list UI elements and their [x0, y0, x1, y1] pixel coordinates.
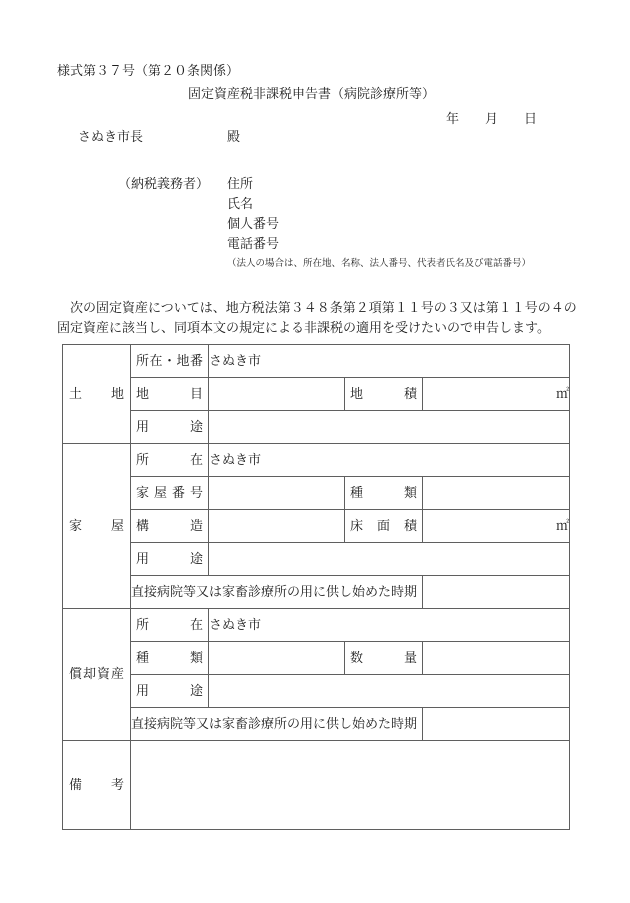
depreciable-section-label-cell: 償却資産 [63, 609, 131, 741]
land-category-label: 地目 [131, 388, 208, 401]
land-location-label: 所在・地番 [131, 355, 208, 368]
building-kind-value-cell [423, 477, 570, 510]
land-location-value-cell: さぬき市 [209, 345, 570, 378]
building-location-value-cell: さぬき市 [209, 444, 570, 477]
addressee: さぬき市長 [78, 130, 143, 145]
building-location-label-cell: 所在 [131, 444, 209, 477]
land-use-label-cell: 用途 [131, 411, 209, 444]
taxpayer-field-phone: 電話番号 [227, 238, 279, 258]
document-page: 様式第３７号（第２０条関係） 固定資産税非課税申告書（病院診療所等） 年 月 日… [0, 0, 630, 903]
depreciable-section-label: 償却資産 [63, 668, 130, 681]
building-use-value-cell [209, 543, 570, 576]
building-start-period-value-cell [423, 576, 570, 609]
building-section-label: 家屋 [63, 520, 130, 533]
land-row-category-area: 地目 地積 ㎡ [63, 378, 570, 411]
land-section-label-cell: 土地 [63, 345, 131, 444]
building-floor-area-label: 床面積 [345, 520, 422, 533]
building-floor-area-label-cell: 床面積 [345, 510, 423, 543]
land-location-label-cell: 所在・地番 [131, 345, 209, 378]
land-use-value-cell [209, 411, 570, 444]
building-row-structure-floorarea: 構造 床面積 ㎡ [63, 510, 570, 543]
depreciable-quantity-value-cell [423, 642, 570, 675]
remarks-section-label-cell: 備考 [63, 741, 131, 830]
land-use-label: 用途 [131, 421, 208, 434]
remarks-value-cell [131, 741, 570, 830]
building-location-label: 所在 [131, 454, 208, 467]
taxpayer-label: （納税義務者） [118, 178, 209, 191]
depreciable-use-label: 用途 [131, 685, 208, 698]
depreciable-start-period-value-cell [423, 708, 570, 741]
depreciable-location-label-cell: 所在 [131, 609, 209, 642]
land-area-value-cell: ㎡ [423, 378, 570, 411]
depreciable-kind-label-cell: 種類 [131, 642, 209, 675]
building-number-label-cell: 家屋番号 [131, 477, 209, 510]
declaration-line-2: 固定資産に該当し、同項本文の規定による非課税の適用を受けたいので申告します。 [57, 322, 577, 342]
depreciable-use-label-cell: 用途 [131, 675, 209, 708]
building-kind-label: 種類 [345, 487, 422, 500]
building-use-label-cell: 用途 [131, 543, 209, 576]
taxpayer-field-name: 氏名 [227, 198, 279, 218]
land-row-use: 用途 [63, 411, 570, 444]
declaration-line-1: 次の固定資産については、地方税法第３４８条第２項第１１号の３又は第１１号の４の [57, 302, 577, 322]
depreciable-row-start-period: 直接病院等又は家畜診療所の用に供し始めた時期 [63, 708, 570, 741]
land-category-label-cell: 地目 [131, 378, 209, 411]
depreciable-location-value-cell: さぬき市 [209, 609, 570, 642]
land-section-label: 土地 [63, 388, 130, 401]
building-row-use: 用途 [63, 543, 570, 576]
depreciable-kind-value-cell [209, 642, 345, 675]
building-section-label-cell: 家屋 [63, 444, 131, 609]
building-number-value-cell [209, 477, 345, 510]
form-number: 様式第３７号（第２０条関係） [57, 65, 239, 78]
land-row-location: 土地 所在・地番 さぬき市 [63, 345, 570, 378]
depreciable-use-value-cell [209, 675, 570, 708]
building-start-period-label-cell: 直接病院等又は家畜診療所の用に供し始めた時期 [131, 576, 423, 609]
addressee-line: さぬき市長殿 [78, 131, 240, 144]
depreciable-kind-label: 種類 [131, 652, 208, 665]
date-line: 年 月 日 [446, 113, 537, 126]
taxpayer-field-personal-number: 個人番号 [227, 218, 279, 238]
corporate-note: （法人の場合は、所在地、名称、法人番号、代表者氏名及び電話番号） [227, 259, 531, 269]
building-kind-label-cell: 種類 [345, 477, 423, 510]
depreciable-row-location: 償却資産 所在 さぬき市 [63, 609, 570, 642]
building-structure-value-cell [209, 510, 345, 543]
building-row-location: 家屋 所在 さぬき市 [63, 444, 570, 477]
building-row-start-period: 直接病院等又は家畜診療所の用に供し始めた時期 [63, 576, 570, 609]
land-area-label: 地積 [345, 388, 422, 401]
building-use-label: 用途 [131, 553, 208, 566]
addressee-suffix: 殿 [227, 130, 240, 145]
remarks-row: 備考 [63, 741, 570, 830]
building-number-label: 家屋番号 [131, 487, 208, 500]
asset-table: 土地 所在・地番 さぬき市 地目 地積 ㎡ 用途 家屋 所在 [62, 344, 570, 830]
declaration-paragraph: 次の固定資産については、地方税法第３４８条第２項第１１号の３又は第１１号の４の … [57, 302, 577, 342]
building-structure-label: 構造 [131, 520, 208, 533]
page-title: 固定資産税非課税申告書（病院診療所等） [188, 88, 435, 101]
taxpayer-field-address: 住所 [227, 178, 279, 198]
depreciable-quantity-label-cell: 数量 [345, 642, 423, 675]
building-structure-label-cell: 構造 [131, 510, 209, 543]
remarks-section-label: 備考 [63, 779, 130, 792]
taxpayer-fields: 住所 氏名 個人番号 電話番号 [227, 178, 279, 258]
depreciable-quantity-label: 数量 [345, 652, 422, 665]
depreciable-location-label: 所在 [131, 619, 208, 632]
depreciable-row-use: 用途 [63, 675, 570, 708]
building-row-number-kind: 家屋番号 種類 [63, 477, 570, 510]
depreciable-row-kind-quantity: 種類 数量 [63, 642, 570, 675]
land-category-value-cell [209, 378, 345, 411]
building-floor-area-value-cell: ㎡ [423, 510, 570, 543]
land-area-label-cell: 地積 [345, 378, 423, 411]
depreciable-start-period-label-cell: 直接病院等又は家畜診療所の用に供し始めた時期 [131, 708, 423, 741]
